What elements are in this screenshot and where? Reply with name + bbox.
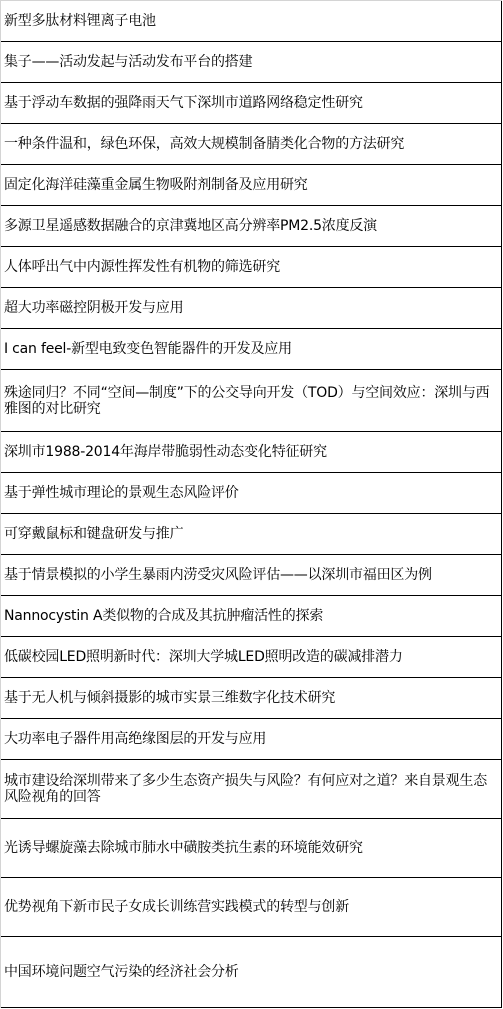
table-row: 基于无人机与倾斜摄影的城市实景三维数字化技术研究 bbox=[1, 678, 502, 719]
project-title-cell: 深圳市1988-2014年海岸带脆弱性动态变化特征研究 bbox=[4, 444, 327, 460]
project-title-cell: 可穿戴鼠标和键盘研发与推广 bbox=[4, 526, 183, 542]
project-title-cell: 优势视角下新市民子女成长训练营实践模式的转型与创新 bbox=[4, 899, 349, 915]
table-row: 优势视角下新市民子女成长训练营实践模式的转型与创新 bbox=[1, 878, 502, 937]
project-title-cell: 一种条件温和，绿色环保，高效大规模制备腈类化合物的方法研究 bbox=[4, 136, 404, 152]
project-title-cell: 低碳校园LED照明新时代：深圳大学城LED照明改造的碳减排潜力 bbox=[4, 649, 403, 665]
project-title-cell: 光诱导螺旋藻去除城市肺水中磺胺类抗生素的环境能效研究 bbox=[4, 840, 363, 856]
table-row: 基于情景模拟的小学生暴雨内涝受灾风险评估——以深圳市福田区为例 bbox=[1, 555, 502, 596]
table-row: 低碳校园LED照明新时代：深圳大学城LED照明改造的碳减排潜力 bbox=[1, 637, 502, 678]
table-row: Nannocystin A类似物的合成及其抗肿瘤活性的探索 bbox=[1, 596, 502, 637]
table-row: 多源卫星遥感数据融合的京津冀地区高分辨率PM2.5浓度反演 bbox=[1, 206, 502, 247]
table-row: 新型多肽材料锂离子电池 bbox=[1, 1, 502, 42]
table-row: 固定化海洋硅藻重金属生物吸附剂制备及应用研究 bbox=[1, 165, 502, 206]
project-title-cell: 基于情景模拟的小学生暴雨内涝受灾风险评估——以深圳市福田区为例 bbox=[4, 567, 432, 583]
table-row: 人体呼出气中内源性挥发性有机物的筛选研究 bbox=[1, 247, 502, 288]
table-row: 一种条件温和，绿色环保，高效大规模制备腈类化合物的方法研究 bbox=[1, 124, 502, 165]
project-title-cell: 集子——活动发起与活动发布平台的搭建 bbox=[4, 54, 252, 70]
project-title-cell: 基于浮动车数据的强降雨天气下深圳市道路网络稳定性研究 bbox=[4, 95, 363, 111]
project-title-cell: 固定化海洋硅藻重金属生物吸附剂制备及应用研究 bbox=[4, 177, 308, 193]
table-row: 大功率电子器件用高绝缘图层的开发与应用 bbox=[1, 719, 502, 760]
table-row: I can feel-新型电致变色智能器件的开发及应用 bbox=[1, 329, 502, 370]
project-title-cell: I can feel-新型电致变色智能器件的开发及应用 bbox=[4, 341, 292, 357]
project-title-cell: 基于无人机与倾斜摄影的城市实景三维数字化技术研究 bbox=[4, 690, 335, 706]
project-title-cell: 城市建设给深圳带来了多少生态资产损失与风险？有何应对之道？来自景观生态风险视角的… bbox=[4, 773, 498, 805]
project-title-cell: 大功率电子器件用高绝缘图层的开发与应用 bbox=[4, 731, 266, 747]
table-row: 深圳市1988-2014年海岸带脆弱性动态变化特征研究 bbox=[1, 432, 502, 473]
project-title-cell: 新型多肽材料锂离子电池 bbox=[4, 13, 156, 29]
table-row: 超大功率磁控阴极开发与应用 bbox=[1, 288, 502, 329]
table-row: 殊途同归？不同“空间—制度”下的公交导向开发（TOD）与空间效应：深圳与西雅图的… bbox=[1, 370, 502, 432]
table-row: 中国环境问题空气污染的经济社会分析 bbox=[1, 937, 502, 1008]
table-row: 城市建设给深圳带来了多少生态资产损失与风险？有何应对之道？来自景观生态风险视角的… bbox=[1, 760, 502, 819]
table-row: 基于弹性城市理论的景观生态风险评价 bbox=[1, 473, 502, 514]
project-title-cell: 人体呼出气中内源性挥发性有机物的筛选研究 bbox=[4, 259, 280, 275]
table-row: 光诱导螺旋藻去除城市肺水中磺胺类抗生素的环境能效研究 bbox=[1, 819, 502, 878]
project-title-cell: 多源卫星遥感数据融合的京津冀地区高分辨率PM2.5浓度反演 bbox=[4, 218, 377, 234]
project-title-cell: 超大功率磁控阴极开发与应用 bbox=[4, 300, 183, 316]
project-title-cell: 基于弹性城市理论的景观生态风险评价 bbox=[4, 485, 239, 501]
table-row: 基于浮动车数据的强降雨天气下深圳市道路网络稳定性研究 bbox=[1, 83, 502, 124]
table-row: 集子——活动发起与活动发布平台的搭建 bbox=[1, 42, 502, 83]
project-title-cell: 中国环境问题空气污染的经济社会分析 bbox=[4, 964, 239, 980]
project-title-cell: 殊途同归？不同“空间—制度”下的公交导向开发（TOD）与空间效应：深圳与西雅图的… bbox=[4, 385, 498, 417]
project-title-cell: Nannocystin A类似物的合成及其抗肿瘤活性的探索 bbox=[4, 608, 323, 624]
project-title-table: 新型多肽材料锂离子电池 集子——活动发起与活动发布平台的搭建 基于浮动车数据的强… bbox=[0, 0, 502, 1008]
table-row: 可穿戴鼠标和键盘研发与推广 bbox=[1, 514, 502, 555]
